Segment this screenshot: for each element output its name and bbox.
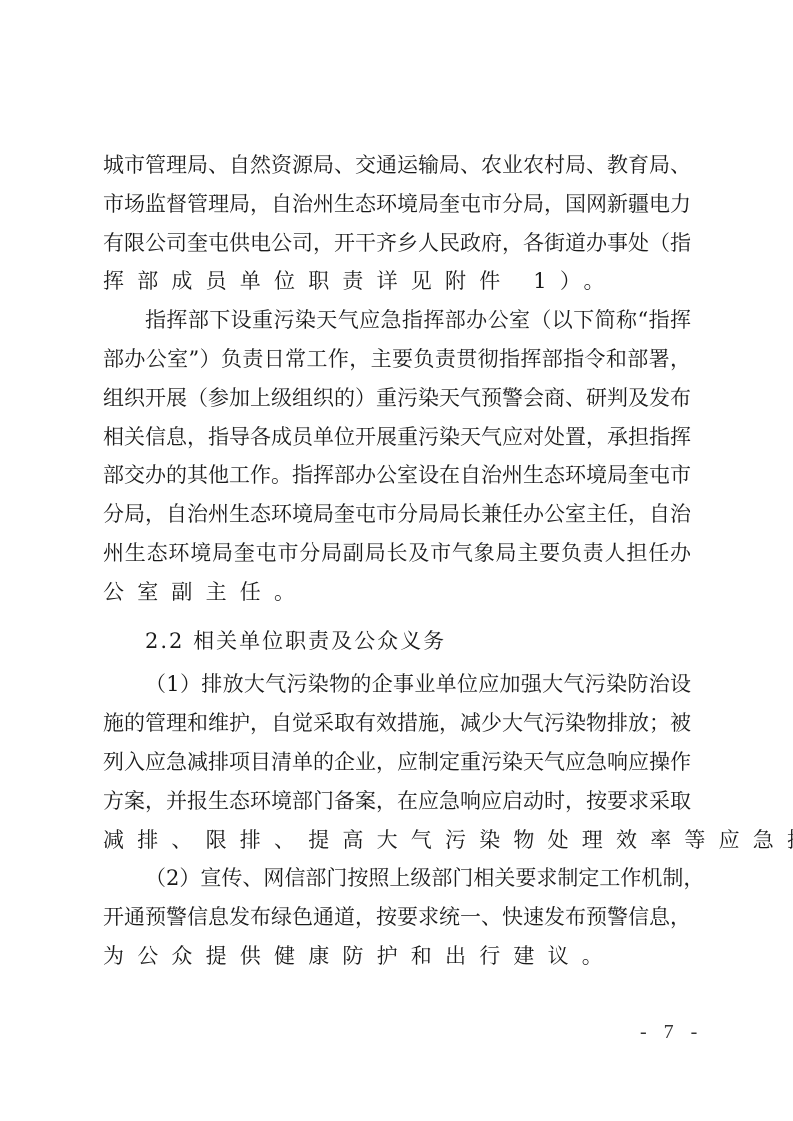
paragraph-item-2: （2）宣传、网信部门按照上级部门相关要求制定工作机制， 开通预警信息发布绿色通道… — [103, 859, 691, 975]
text-line: 分局，自治州生态环境局奎屯市分局局长兼任办公室主任，自治 — [103, 495, 691, 534]
paragraph-item-1: （1）排放大气污染物的企事业单位应加强大气污染防治设 施的管理和维护，自觉采取有… — [103, 665, 691, 859]
text-line: 开通预警信息发布绿色通道，按要求统一、快速发布预警信息， — [103, 898, 691, 937]
text-line: 相关信息，指导各成员单位开展重污染天气应对处置，承担指挥 — [103, 418, 691, 457]
text-line: （2）宣传、网信部门按照上级部门相关要求制定工作机制， — [103, 859, 691, 898]
text-line: 市场监督管理局，自治州生态环境局奎屯市分局，国网新疆电力 — [103, 185, 691, 224]
text-line: 州生态环境局奎屯市分局副局长及市气象局主要负责人担任办 — [103, 534, 691, 573]
document-page: 城市管理局、自然资源局、交通运输局、农业农村局、教育局、 市场监督管理局，自治州… — [103, 146, 691, 976]
text-line: 城市管理局、自然资源局、交通运输局、农业农村局、教育局、 — [103, 146, 691, 185]
section-heading: 2.2 相关单位职责及公众义务 — [103, 622, 691, 661]
text-line: 方案，并报生态环境部门备案，在应急响应启动时，按要求采取 — [103, 782, 691, 821]
page-number: - 7 - — [640, 1021, 703, 1044]
text-line: 指挥部下设重污染天气应急指挥部办公室（以下简称“指挥 — [103, 301, 691, 340]
text-line: 公室副主任。 — [103, 573, 691, 612]
text-line: 为公众提供健康防护和出行建议。 — [103, 937, 691, 976]
text-line: （1）排放大气污染物的企事业单位应加强大气污染防治设 — [103, 665, 691, 704]
text-line: 减排、限排、提高大气污染物处理效率等应急措施。 — [103, 821, 691, 860]
text-line: 组织开展（参加上级组织的）重污染天气预警会商、研判及发布 — [103, 379, 691, 418]
text-line: 部交办的其他工作。指挥部办公室设在自治州生态环境局奎屯市 — [103, 456, 691, 495]
text-line: 施的管理和维护，自觉采取有效措施，减少大气污染物排放；被 — [103, 704, 691, 743]
text-line: 挥部成员单位职责详见附件 1）。 — [103, 262, 691, 301]
text-line: 列入应急减排项目清单的企业，应制定重污染天气应急响应操作 — [103, 743, 691, 782]
paragraph-member-units: 城市管理局、自然资源局、交通运输局、农业农村局、教育局、 市场监督管理局，自治州… — [103, 146, 691, 301]
paragraph-command-office: 指挥部下设重污染天气应急指挥部办公室（以下简称“指挥 部办公室”）负责日常工作，… — [103, 301, 691, 611]
text-line: 有限公司奎屯供电公司，开干齐乡人民政府，各街道办事处（指 — [103, 224, 691, 263]
text-line: 部办公室”）负责日常工作，主要负责贯彻指挥部指令和部署， — [103, 340, 691, 379]
